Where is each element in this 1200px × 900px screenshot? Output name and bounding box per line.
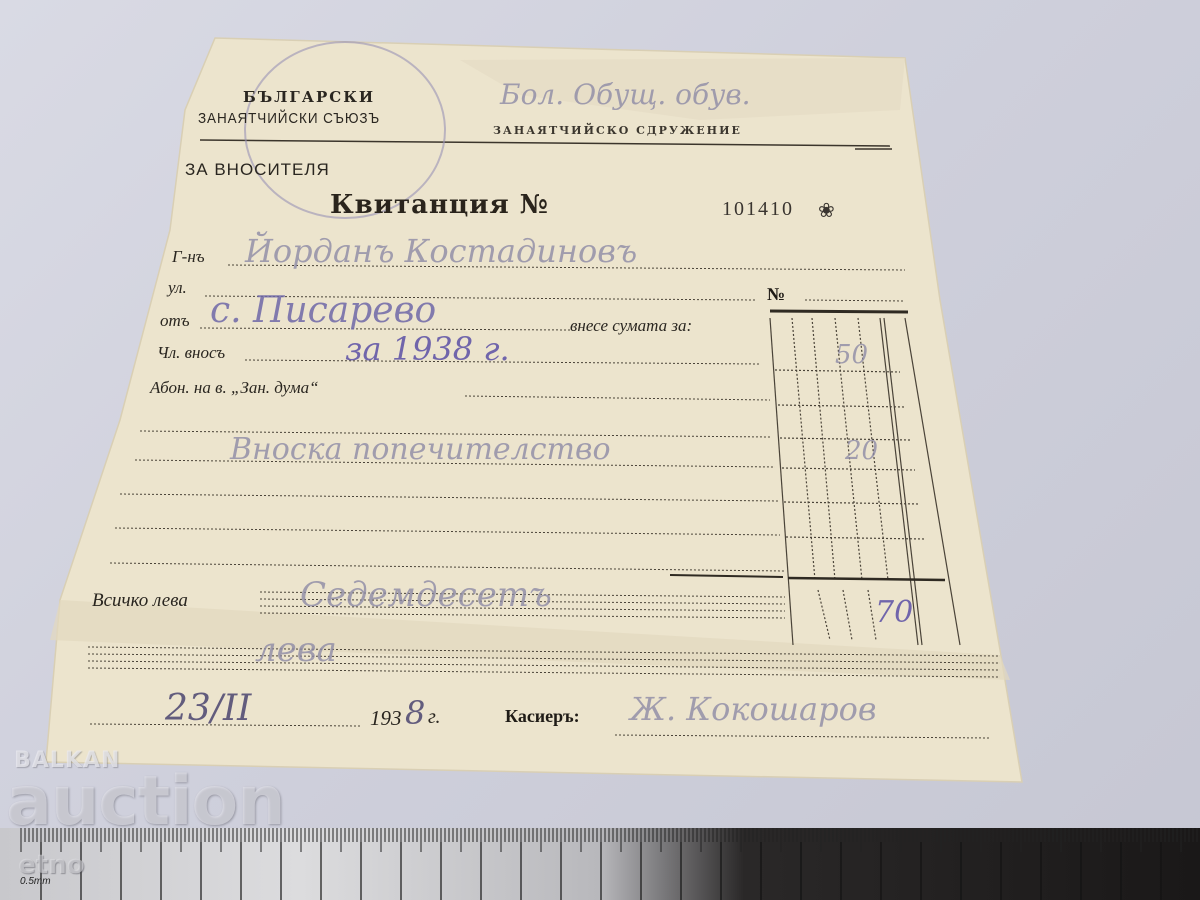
cashier-label: Касиеръ:	[505, 706, 580, 727]
ornament-icon: ❀	[818, 198, 835, 222]
street-label: ул.	[168, 278, 187, 298]
watermark-etno: etno	[18, 850, 84, 880]
name-label: Г-нъ	[172, 247, 205, 267]
year-handwritten: 8	[405, 694, 425, 732]
extra-item-value: Вноска попечителство	[230, 432, 611, 467]
receipt-number: 101410	[722, 198, 794, 221]
total-words-line2: лева	[255, 630, 337, 670]
branch-handwritten: Бол. Обущ. обув.	[500, 78, 751, 111]
org-name-line2: ЗАНАЯТЧИЙСКИ СЪЮЗЪ	[198, 110, 380, 127]
from-label: отъ	[160, 311, 190, 331]
copy-label: ЗА ВНОСИТЕЛЯ	[185, 160, 330, 180]
paid-for-label: внесе сумата за:	[570, 316, 692, 336]
membership-label: Чл. вносъ	[157, 343, 225, 363]
org-name-line1: БЪЛГАРСКИ	[243, 88, 375, 106]
total-words: Седемдесетъ	[300, 575, 552, 615]
year-printed: 193	[370, 706, 402, 731]
cashier-signature: Ж. Кокошаров	[630, 690, 876, 728]
year-suffix: г.	[428, 706, 441, 729]
date-handwritten: 23/II	[165, 688, 251, 729]
from-value: с. Писарево	[210, 290, 436, 331]
branch-label: ЗАНАЯТЧИЙСКО СДРУЖЕНИЕ	[493, 124, 742, 137]
total-label: Всичко лева	[92, 590, 188, 612]
amount-row-2: 20	[845, 436, 878, 466]
name-value: Йорданъ Костадиновъ	[245, 232, 637, 270]
membership-value: за 1938 г.	[345, 330, 510, 368]
subscription-label: Абон. на в. „Зан. дума“	[150, 378, 319, 398]
watermark-auction: auction	[6, 762, 285, 841]
receipt-title: Квитанция №	[330, 190, 549, 220]
amount-row-1: 50	[835, 340, 868, 370]
street-number-label: №	[767, 284, 785, 305]
amount-total: 70	[875, 595, 913, 630]
